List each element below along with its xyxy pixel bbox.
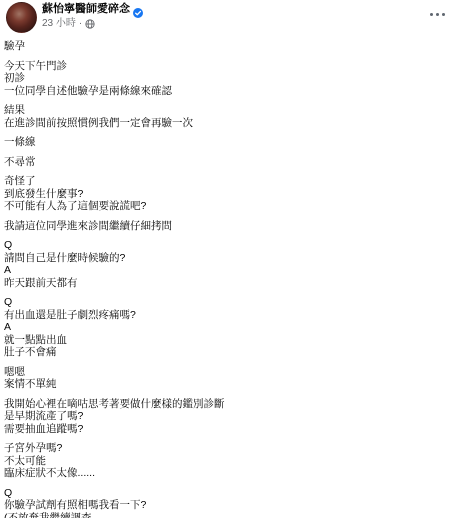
verified-badge-icon xyxy=(133,5,143,15)
post-timestamp[interactable]: 23 小時 xyxy=(42,18,76,30)
post-options-button[interactable] xyxy=(428,9,447,20)
post-line: 不太可能 xyxy=(4,455,453,468)
post-paragraph: 一條線 xyxy=(4,136,453,149)
post-paragraph: 奇怪了到底發生什麼事?不可能有人為了這個要說謊吧? xyxy=(4,175,453,213)
post-line: 子宮外孕嗎? xyxy=(4,442,453,455)
post-line: A xyxy=(4,264,453,277)
post-line: Q xyxy=(4,487,453,500)
post-header: 蘇怡寧醫師愛碎念 23 小時 · xyxy=(0,0,461,36)
post-line: 驗孕 xyxy=(4,40,453,53)
ellipsis-icon xyxy=(430,13,433,16)
post-paragraph: 嗯嗯案情不單純 xyxy=(4,366,453,391)
post-line: A xyxy=(4,321,453,334)
post-paragraph: 不尋常 xyxy=(4,156,453,169)
post-line: 請問自己是什麼時候驗的? xyxy=(4,252,453,265)
post-line: 是早期流產了嗎? xyxy=(4,410,453,423)
post-paragraph: 我開始心裡在嘀咕思考著要做什麼樣的鑑別診斷是早期流產了嗎?需要抽血追蹤嗎? xyxy=(4,398,453,436)
post-paragraph: Q請問自己是什麼時候驗的?A昨天跟前天都有 xyxy=(4,239,453,289)
post-line: 我請這位同學進來診間繼續仔細拷問 xyxy=(4,220,453,233)
post-content: 驗孕今天下午門診初診一位同學自述他驗孕是兩條線來確認結果在進診間前按照慣例我們一… xyxy=(0,36,461,518)
post-paragraph: Q有出血還是肚子劇烈疼痛嗎?A就一點點出血肚子不會痛 xyxy=(4,296,453,359)
post-line: 你驗孕試劑有照相嗎我看一下? xyxy=(4,499,453,512)
post-line: 就一點點出血 xyxy=(4,334,453,347)
post-paragraph: 結果在進診間前按照慣例我們一定會再驗一次 xyxy=(4,104,453,129)
post-line: 案情不單純 xyxy=(4,378,453,391)
post-line: 不可能有人為了這個要說謊吧? xyxy=(4,200,453,213)
privacy-globe-icon xyxy=(85,19,95,29)
post-paragraph: 今天下午門診初診一位同學自述他驗孕是兩條線來確認 xyxy=(4,60,453,98)
header-text: 蘇怡寧醫師愛碎念 23 小時 · xyxy=(42,3,143,30)
post-line: 結果 xyxy=(4,104,453,117)
ellipsis-icon xyxy=(442,13,445,16)
author-name[interactable]: 蘇怡寧醫師愛碎念 xyxy=(42,3,130,16)
post-line: 我開始心裡在嘀咕思考著要做什麼樣的鑑別診斷 xyxy=(4,398,453,411)
post-paragraph: Q你驗孕試劑有照相嗎我看一下?(不放棄我繼續調查 xyxy=(4,487,453,518)
profile-avatar[interactable] xyxy=(6,2,37,33)
post-line: 昨天跟前天都有 xyxy=(4,277,453,290)
post-paragraph: 子宮外孕嗎?不太可能臨床症狀不太像...... xyxy=(4,442,453,480)
post-line: Q xyxy=(4,296,453,309)
post-line: 不尋常 xyxy=(4,156,453,169)
post-line: 在進診間前按照慣例我們一定會再驗一次 xyxy=(4,117,453,130)
post-line: 到底發生什麼事? xyxy=(4,188,453,201)
post-line: Q xyxy=(4,239,453,252)
post-line: 嗯嗯 xyxy=(4,366,453,379)
post-line: 奇怪了 xyxy=(4,175,453,188)
ellipsis-icon xyxy=(436,13,439,16)
post-line: (不放棄我繼續調查 xyxy=(4,512,453,518)
post-line: 初診 xyxy=(4,72,453,85)
post-line: 臨床症狀不太像...... xyxy=(4,467,453,480)
meta-separator: · xyxy=(79,18,82,30)
post-line: 一條線 xyxy=(4,136,453,149)
post-line: 肚子不會痛 xyxy=(4,346,453,359)
post-line: 有出血還是肚子劇烈疼痛嗎? xyxy=(4,309,453,322)
post-line: 需要抽血追蹤嗎? xyxy=(4,423,453,436)
post-line: 今天下午門診 xyxy=(4,60,453,73)
post-paragraph: 我請這位同學進來診間繼續仔細拷問 xyxy=(4,220,453,233)
post-line: 一位同學自述他驗孕是兩條線來確認 xyxy=(4,85,453,98)
post-paragraph: 驗孕 xyxy=(4,40,453,53)
